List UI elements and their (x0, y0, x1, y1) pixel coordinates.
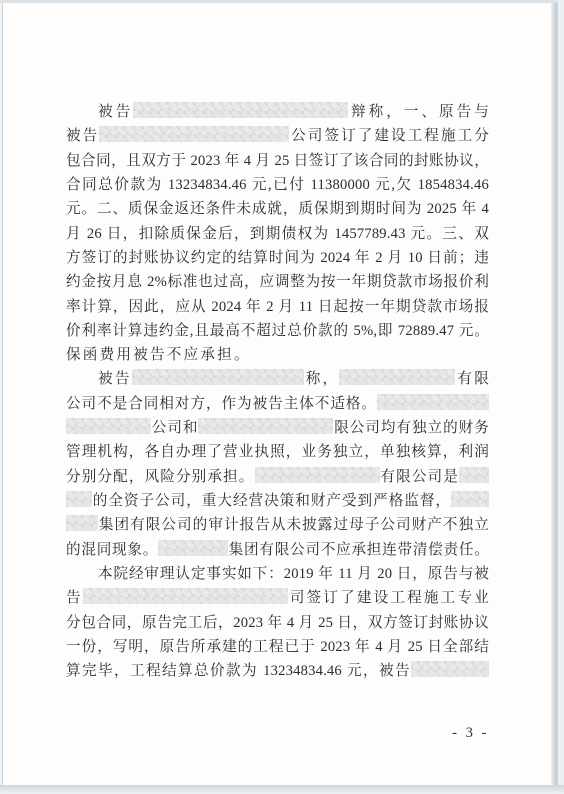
text-line: 的混同现象。集团有限公司不应承担连带清偿责任。 (66, 538, 489, 562)
page-edge-bottom (0, 785, 564, 794)
text-line: 被告公司签订了建设工程施工分 (66, 124, 489, 148)
text-segment: 的全资子公司，重大经营决策和财产受到严格监督， (92, 493, 451, 509)
text-segment: 包合同，且双方于 2023 年 4 月 25 日签订了该合同的封账协议， (66, 153, 489, 169)
text-line: 一份，写明，原告所承建的工程已于 2023 年 4 月 25 日全部结 (66, 635, 489, 659)
text-segment: 公司不是合同相对方，作为被告主体不适格。 (66, 396, 377, 412)
text-line: 告司签订了建设工程施工专业 (66, 586, 489, 610)
text-line: 包合同，且双方于 2023 年 4 月 25 日签订了该合同的封账协议， (66, 149, 489, 173)
text-line: 被告辩称，一、原告与 (66, 100, 489, 124)
redaction-block (158, 540, 228, 556)
text-segment: 月 26 日，扣除质保金后，到期债权为 1457789.43 元。三、双 (66, 226, 489, 242)
text-line: 合同总价款为 13234834.46 元,已付 11380000 元,欠 185… (66, 173, 489, 197)
text-segment: 被告 (66, 128, 99, 144)
redaction-block (255, 467, 380, 483)
redaction-block (459, 467, 489, 483)
text-line: 管理机构，各自办理了营业执照，业务独立，单独核算，利润 (66, 440, 489, 464)
text-segment: 公司和 (151, 420, 198, 436)
text-line: 集团有限公司的审计报告从未披露过母子公司财产不独立 (66, 513, 489, 537)
redaction-block (99, 126, 289, 142)
text-segment: 约金按月息 2%标准也过高，应调整为按一年期贷款市场报价利 (66, 274, 489, 290)
text-segment: 一份，写明，原告所承建的工程已于 2023 年 4 月 25 日全部结 (66, 639, 489, 655)
text-line: 被告称，有限 (66, 367, 489, 391)
redaction-block (83, 588, 288, 604)
redaction-block (339, 369, 455, 385)
text-segment: 司签订了建设工程施工专业 (288, 590, 489, 606)
text-segment: 本院经审理认定事实如下：2019 年 11 月 20 日，原告与被 (98, 566, 489, 582)
text-segment: 管理机构，各自办理了营业执照，业务独立，单独核算，利润 (66, 444, 489, 460)
text-segment: 辩称，一、原告与 (348, 104, 489, 120)
redaction-block (451, 491, 489, 507)
text-line: 元。二、质保金返还条件未成就，质保期到期时间为 2025 年 4 (66, 197, 489, 221)
page-edge-right-outer (558, 0, 564, 794)
text-line: 算完毕，工程结算总价款为 13234834.46 元，被告 (66, 659, 489, 683)
document-text: 被告辩称，一、原告与被告公司签订了建设工程施工分包合同，且双方于 2023 年 … (66, 100, 489, 684)
text-line: 方签订的封账协议约定的结算时间为 2024 年 2 月 10 日前；违 (66, 246, 489, 270)
text-segment: 方签订的封账协议约定的结算时间为 2024 年 2 月 10 日前；违 (66, 250, 489, 266)
text-segment: 集团有限公司的审计报告从未披露过母子公司财产不独立 (98, 517, 489, 533)
redaction-block (66, 515, 98, 531)
text-line: 分包合同，原告完工后，2023 年 4 月 25 日，双方签订封账协议 (66, 611, 489, 635)
text-segment: 限公司均有独立的财务 (333, 420, 489, 436)
text-line: 分别分配，风险分别承担。有限公司是 (66, 465, 489, 489)
page-edge-left-line (2, 3, 3, 785)
page-edge-top (0, 0, 564, 3)
redaction-block (132, 369, 304, 385)
text-segment: 分别分配，风险分别承担。 (66, 469, 255, 485)
scanned-page: 被告辩称，一、原告与被告公司签订了建设工程施工分包合同，且双方于 2023 年 … (0, 0, 564, 794)
text-segment: 元。二、质保金返还条件未成就，质保期到期时间为 2025 年 4 (66, 201, 489, 217)
text-line: 月 26 日，扣除质保金后，到期债权为 1457789.43 元。三、双 (66, 222, 489, 246)
text-segment: 被告 (98, 371, 132, 387)
text-line: 率计算，因此，应从 2024 年 2 月 11 日起按一年期贷款市场报 (66, 295, 489, 319)
text-segment: 有限 (455, 371, 489, 387)
text-segment: 称， (304, 371, 340, 387)
text-segment: 率计算，因此，应从 2024 年 2 月 11 日起按一年期贷款市场报 (66, 299, 489, 315)
text-line: 约金按月息 2%标准也过高，应调整为按一年期贷款市场报价利 (66, 270, 489, 294)
text-segment: 有限公司是 (380, 469, 459, 485)
text-segment: 合同总价款为 13234834.46 元,已付 11380000 元,欠 185… (66, 177, 489, 193)
text-segment: 分包合同，原告完工后，2023 年 4 月 25 日，双方签订封账协议 (66, 615, 489, 631)
text-line: 公司不是合同相对方，作为被告主体不适格。 (66, 392, 489, 416)
text-line: 公司和限公司均有独立的财务 (66, 416, 489, 440)
text-segment: 公司签订了建设工程施工分 (289, 128, 489, 144)
redaction-block (66, 491, 92, 507)
text-segment: 被告 (98, 104, 133, 120)
page-edge-right-band (551, 3, 558, 785)
text-segment: 价利率计算违约金,且最高不超过总价款的 5%,即 72889.47 元。 (66, 323, 489, 339)
redaction-block (411, 661, 489, 677)
text-line: 价利率计算违约金,且最高不超过总价款的 5%,即 72889.47 元。 (66, 319, 489, 343)
page-number: - 3 - (66, 725, 489, 742)
redaction-block (133, 102, 348, 118)
text-line: 本院经审理认定事实如下：2019 年 11 月 20 日，原告与被 (66, 562, 489, 586)
text-segment: 的混同现象。 (66, 542, 158, 558)
redaction-block (66, 418, 151, 434)
text-segment: 告 (66, 590, 83, 606)
text-segment: 算完毕，工程结算总价款为 13234834.46 元，被告 (66, 663, 411, 679)
text-segment: 保函费用被告不应承担。 (66, 347, 251, 363)
text-line: 保函费用被告不应承担。 (66, 343, 489, 367)
redaction-block (377, 394, 489, 410)
text-line: 的全资子公司，重大经营决策和财产受到严格监督， (66, 489, 489, 513)
redaction-block (198, 418, 333, 434)
text-segment: 集团有限公司不应承担连带清偿责任。 (228, 542, 489, 558)
